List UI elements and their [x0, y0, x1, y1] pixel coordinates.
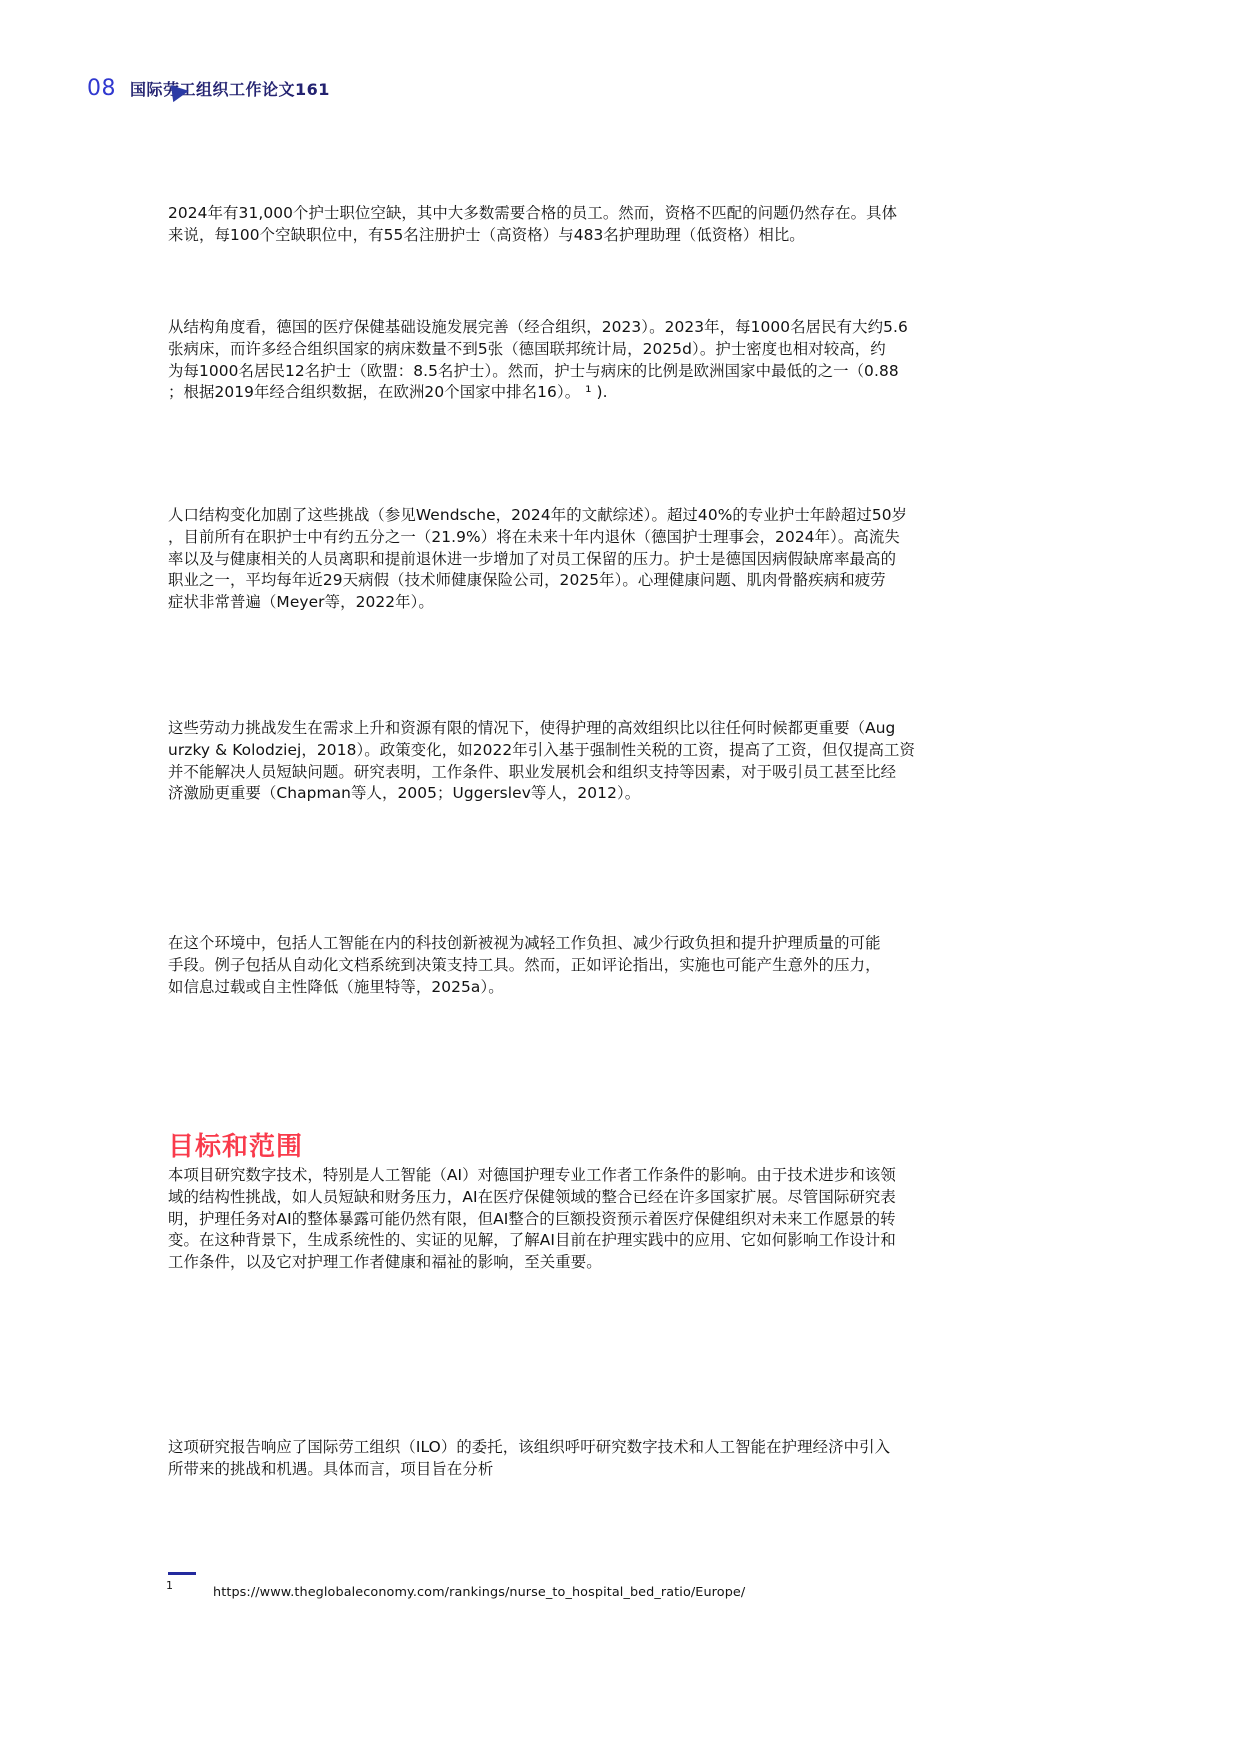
paragraph-technology-innovation: 在这个环境中，包括人工智能在内的科技创新被视为减轻工作负担、减少行政负担和提升护… [168, 933, 1008, 998]
paragraph-ilo-commission: 这项研究报告响应了国际劳工组织（ILO）的委托，该组织呼吁研究数字技术和人工智能… [168, 1437, 1008, 1481]
paragraph-demographics: 人口结构变化加剧了这些挑战（参见Wendsche，2024年的文献综述）。超过4… [168, 505, 1008, 614]
cursor-arrow-icon [171, 83, 190, 102]
section-heading-goals-scope: 目标和范围 [168, 1130, 303, 1164]
paragraph-workforce-challenges: 这些劳动力挑战发生在需求上升和资源有限的情况下，使得护理的高效组织比以往任何时候… [168, 718, 1008, 805]
paragraph-vacancies: 2024年有31,000个护士职位空缺，其中大多数需要合格的员工。然而，资格不匹… [168, 203, 1008, 247]
page-number: 08 [87, 76, 116, 101]
footnote-url-link[interactable]: https://www.theglobaleconomy.com/ranking… [213, 1585, 745, 1600]
paragraph-project-description: 本项目研究数字技术，特别是人工智能（AI）对德国护理专业工作者工作条件的影响。由… [168, 1165, 1008, 1274]
header-title: 国际劳工组织工作论文161 [130, 77, 330, 100]
footnote-marker: 1 [166, 1579, 173, 1592]
paragraph-infrastructure: 从结构角度看，德国的医疗保健基础设施发展完善（经合组织，2023）。2023年，… [168, 317, 1008, 404]
document-page: 08 国际劳工组织工作论文161 2024年有31,000个护士职位空缺，其中大… [0, 0, 1240, 1754]
running-header: 08 国际劳工组织工作论文161 [87, 76, 330, 101]
footnote-divider [168, 1572, 196, 1575]
